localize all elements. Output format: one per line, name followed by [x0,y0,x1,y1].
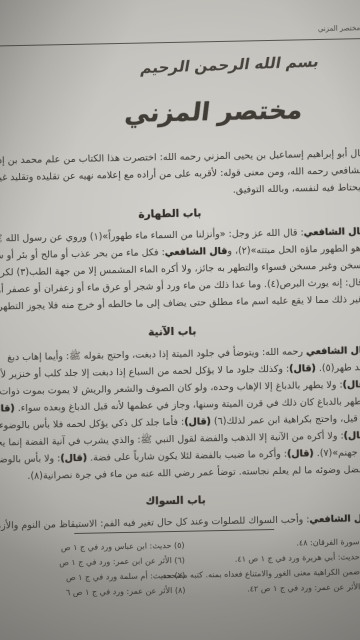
basmala-calligraphy: بسم الله الرحمن الرحيم [128,52,332,78]
running-header: مختصر المزني [318,24,360,33]
paragraph-taharah: قال الشافعي: قال الله عز وجل: «وأنزلنا م… [0,223,360,316]
chapter-heading-aniyah: باب الآنية [0,321,360,343]
paragraph-aniyah: قال الشافعي رحمه الله: ويتوضأ في جلود ال… [0,342,360,486]
chapter-heading-siwak: باب السواك [0,490,360,512]
book-title-calligraphy: مختصر المزني [112,95,315,128]
chapter-heading-taharah: باب الطهارة [0,203,360,225]
header-rule [0,38,360,47]
intro-paragraph: قال أبو إبراهيم إسماعيل بن يحيى المزني ر… [0,145,360,204]
book-page: مختصر المزني بسم الله الرحمن الرحيم مختص… [0,0,360,640]
text-line: (٨) الأثر عن عمر: ورد في ج ١ ص ٦ [0,583,186,602]
footnotes-left-column: (٥) حديث: ابن عباس ورد في ج ١ ص(٦) الأثر… [0,538,186,602]
book-page-photo: مختصر المزني بسم الله الرحمن الرحيم مختص… [0,0,360,640]
